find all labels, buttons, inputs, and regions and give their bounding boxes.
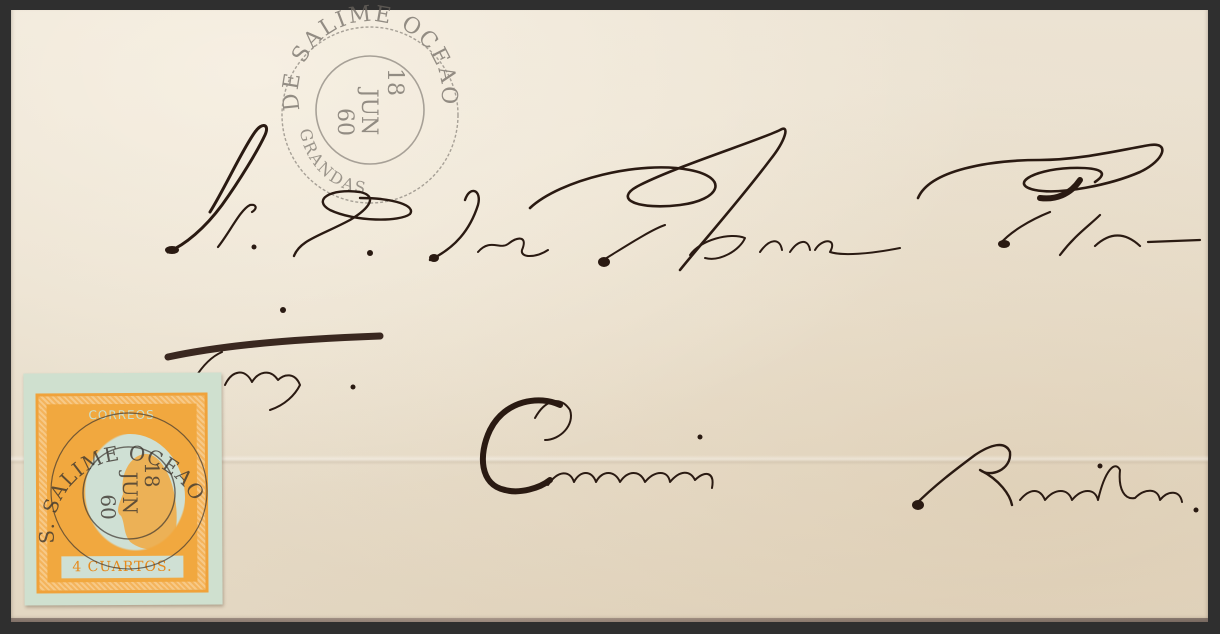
handwritten-address <box>165 126 1200 513</box>
stamp-cancellation: S. SALIME OCEAO 18 JUN 60 <box>23 372 222 605</box>
postage-stamp: CORREOS 4 CUARTOS. S. SALIME OCEAO 18 JU… <box>23 372 222 605</box>
cancel-month: JUN <box>118 470 142 515</box>
postmark-day: 18 <box>382 68 407 96</box>
postmark-year: 60 <box>332 108 357 136</box>
cancel-year: 60 <box>96 494 120 520</box>
cancel-day: 18 <box>140 462 164 488</box>
postmark-month: JUN <box>356 87 381 136</box>
postmark: DE SALIME OCEAO GRANDAS 18 JUN 60 <box>278 1 461 203</box>
